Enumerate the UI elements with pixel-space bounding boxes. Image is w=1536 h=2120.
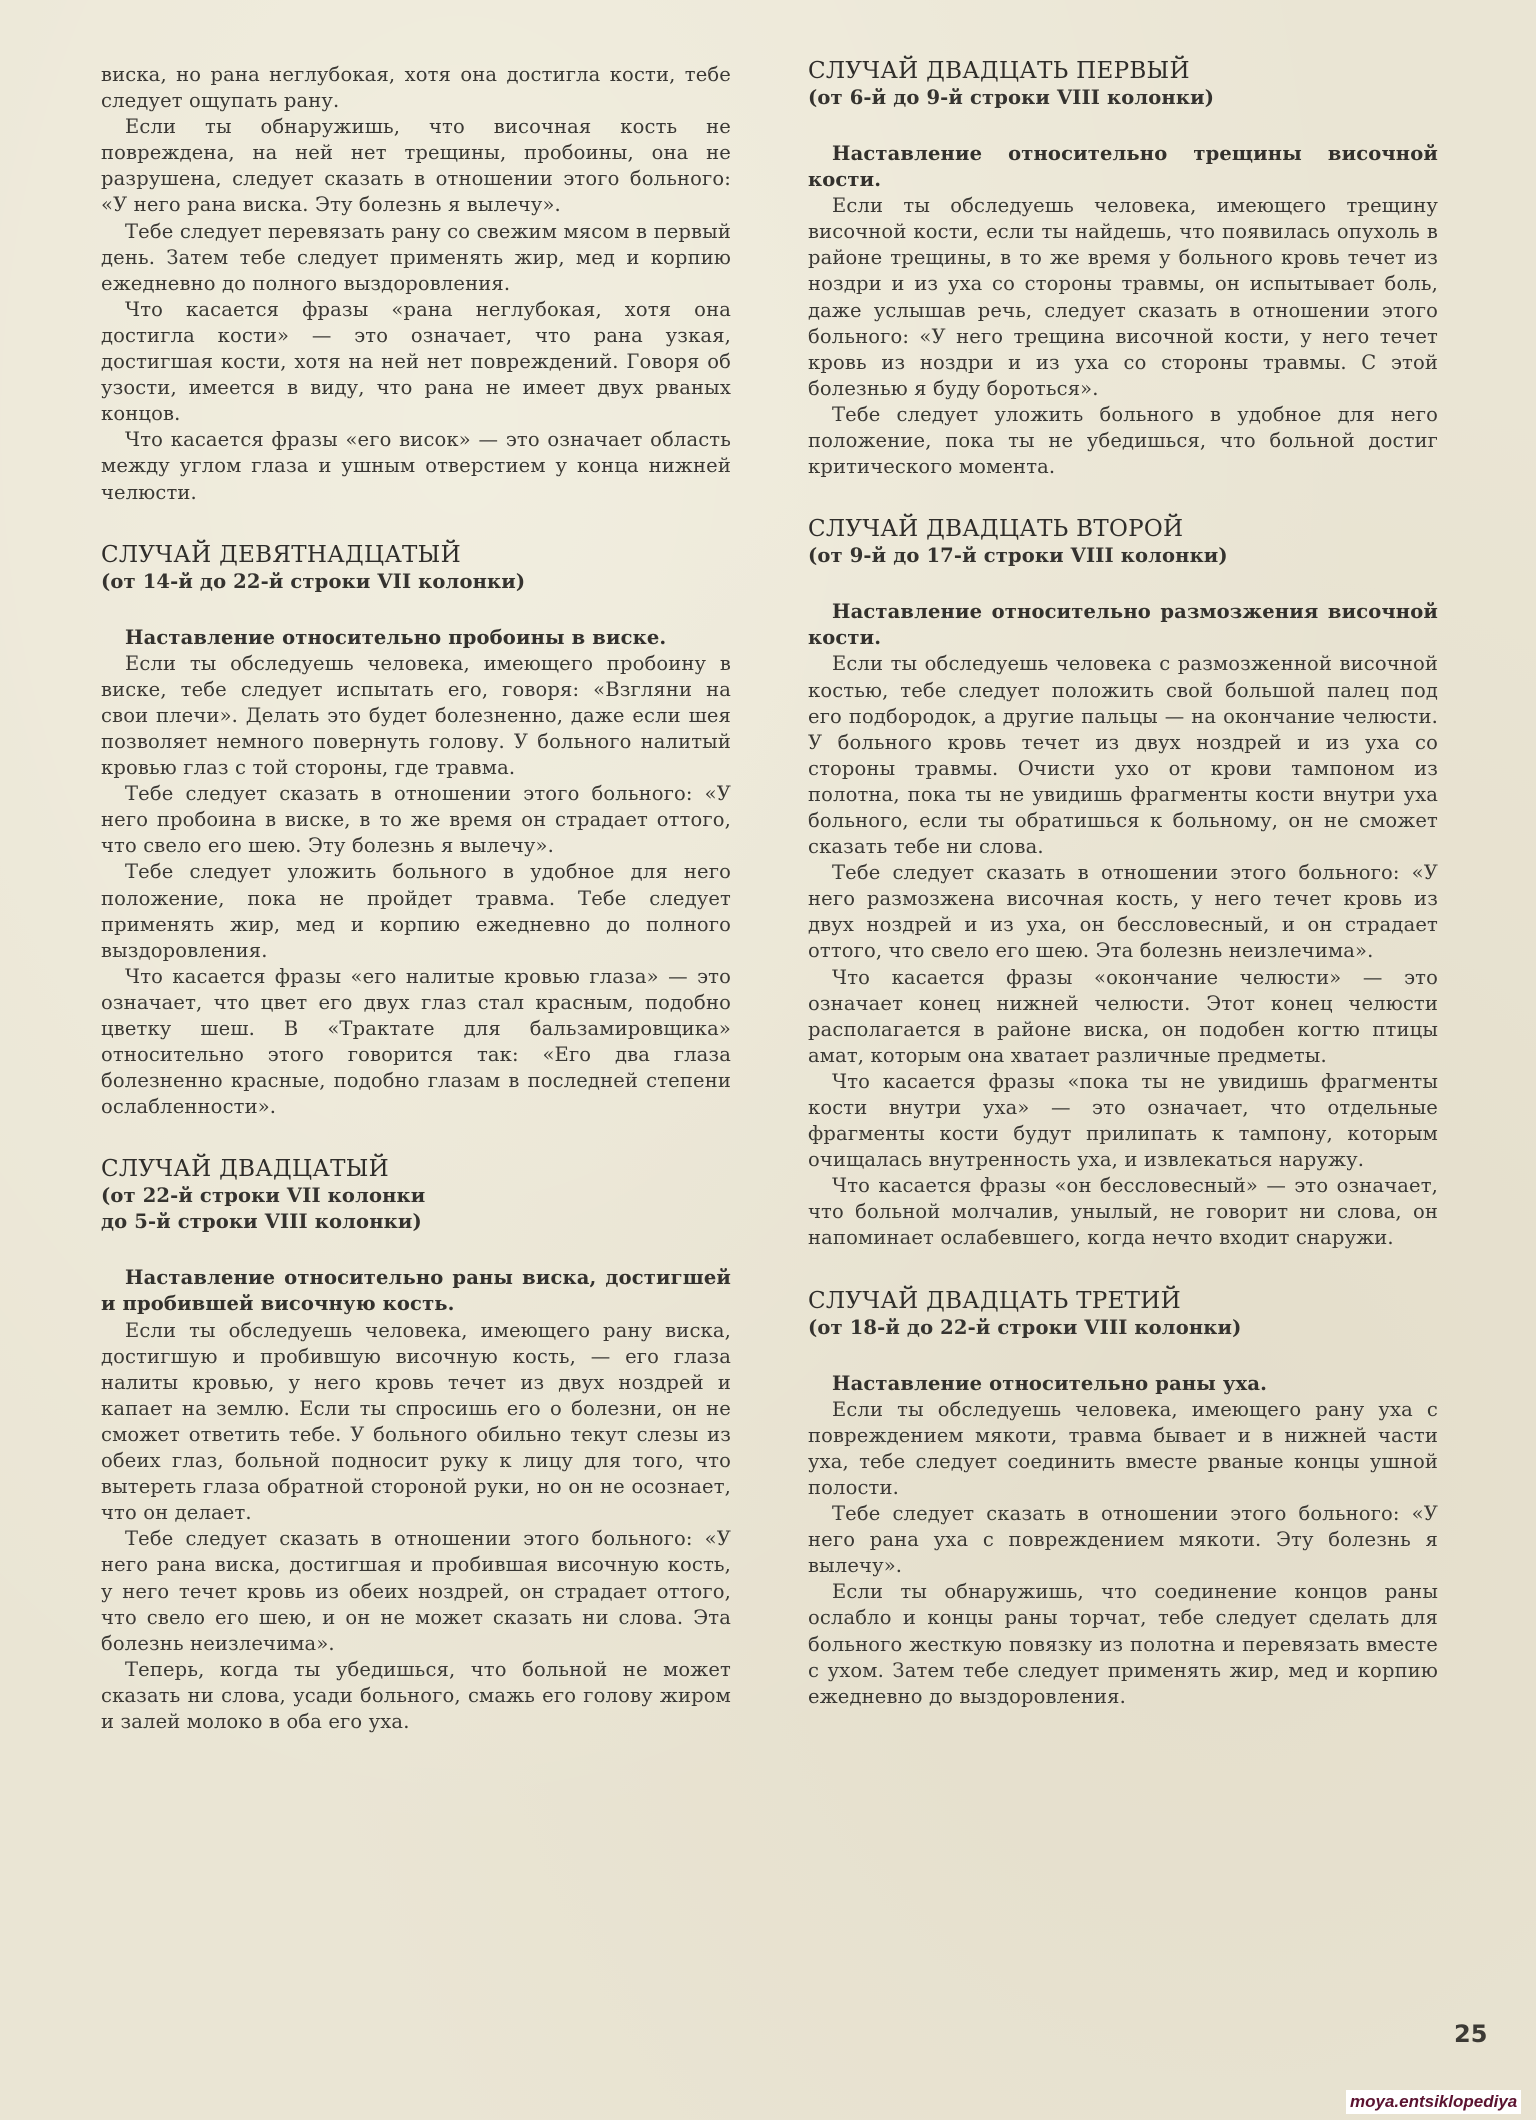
paragraph: Тебе следует сказать в отношении этого б… (808, 1501, 1438, 1579)
paragraph: Тебе следует сказать в отношении этого б… (808, 860, 1438, 964)
paragraph: Что касается фразы «окончание челюсти» —… (808, 965, 1438, 1069)
case-23-title: Случай двадцать третий (808, 1288, 1438, 1315)
paragraph: Что касается фразы «рана неглубокая, хот… (101, 297, 731, 427)
case-20-range-line1: (от 22-й строки VII колонки (101, 1183, 731, 1209)
case-20-title: Случай двадцатый (101, 1156, 731, 1183)
case-19-instruction: Наставление относительно пробоины в виск… (101, 625, 731, 651)
paragraph: Если ты обнаружишь, что височная кость н… (101, 114, 731, 218)
paragraph: Что касается фразы «его налитые кровью г… (101, 964, 731, 1121)
case-22-range: (от 9-й до 17-й строки VIII колонки) (808, 543, 1438, 569)
paragraph: Тебе следует сказать в отношении этого б… (101, 781, 731, 859)
case-20-range-line2: до 5-й строки VIII колонки) (101, 1209, 731, 1235)
paragraph: виска, но рана неглубокая, хотя она дост… (101, 62, 731, 114)
paragraph: Если ты обследуешь человека, имеющего тр… (808, 193, 1438, 402)
paragraph: Если ты обследуешь человека, имеющего пр… (101, 651, 731, 781)
paragraph: Если ты обследуешь человека с размозженн… (808, 651, 1438, 860)
paragraph: Тебе следует уложить больного в удобное … (101, 859, 731, 963)
case-19-title: Случай девятнадцатый (101, 542, 731, 569)
paragraph: Теперь, когда ты убедишься, что больной … (101, 1657, 731, 1735)
left-column: виска, но рана неглубокая, хотя она дост… (101, 62, 731, 1735)
paragraph: Что касается фразы «пока ты не увидишь ф… (808, 1069, 1438, 1173)
case-22-title: Случай двадцать второй (808, 516, 1438, 543)
page-number: 25 (1454, 2020, 1487, 2048)
case-21-instruction: Наставление относительно трещины височно… (808, 141, 1438, 193)
case-22-section: Случай двадцать второй (от 9-й до 17-й с… (808, 516, 1438, 1251)
case-19-range: (от 14-й до 22-й строки VII колонки) (101, 569, 731, 595)
case-22-instruction: Наставление относительно размозжения вис… (808, 599, 1438, 651)
paragraph: Если ты обследуешь человека, имеющего ра… (808, 1397, 1438, 1501)
paragraph: Если ты обследуешь человека, имеющего ра… (101, 1318, 731, 1527)
case-23-section: Случай двадцать третий (от 18-й до 22-й … (808, 1288, 1438, 1710)
case-21-range: (от 6-й до 9-й строки VIII колонки) (808, 85, 1438, 111)
paragraph: Тебе следует перевязать рану со свежим м… (101, 219, 731, 297)
paragraph: Если ты обнаружишь, что соединение концо… (808, 1579, 1438, 1709)
case-23-range: (от 18-й до 22-й строки VIII колонки) (808, 1315, 1438, 1341)
right-column: Случай двадцать первый (от 6-й до 9-й ст… (808, 58, 1438, 1710)
paragraph: Что касается фразы «его висок» — это озн… (101, 427, 731, 505)
case-20-instruction: Наставление относительно раны виска, дос… (101, 1265, 731, 1317)
case-21-title: Случай двадцать первый (808, 58, 1438, 85)
case-21-section: Случай двадцать первый (от 6-й до 9-й ст… (808, 58, 1438, 480)
case-20-section: Случай двадцатый (от 22-й строки VII кол… (101, 1156, 731, 1735)
paragraph: Что касается фразы «он бессловесный» — э… (808, 1173, 1438, 1251)
paragraph: Тебе следует уложить больного в удобное … (808, 402, 1438, 480)
paragraph: Тебе следует сказать в отношении этого б… (101, 1526, 731, 1656)
case-19-section: Случай девятнадцатый (от 14-й до 22-й ст… (101, 542, 731, 1121)
watermark: moya.entsiklopediya (1346, 2090, 1521, 2114)
case-23-instruction: Наставление относительно раны уха. (808, 1371, 1438, 1397)
